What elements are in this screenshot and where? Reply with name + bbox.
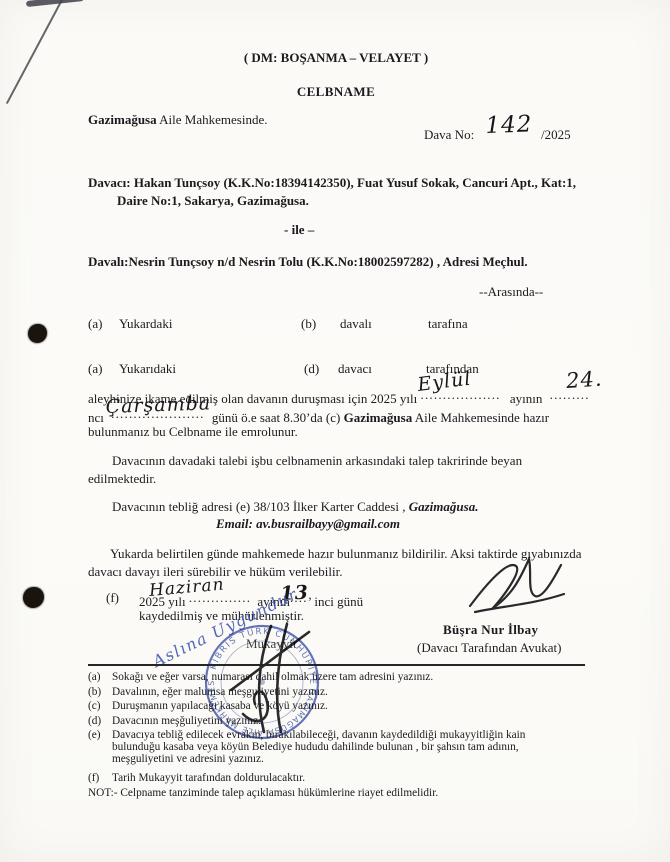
- case-type-heading: ( DM: BOŞANMA – VELAYET ): [88, 50, 584, 66]
- form-row-value: Yukarıdaki: [119, 361, 176, 377]
- record-text-post: ’ inci günü: [308, 594, 363, 609]
- footnote-text-line: Davacıya tebliğ edilecek evrakın, bırakı…: [112, 729, 525, 741]
- case-number-year: /2025: [541, 127, 571, 143]
- form-row-value: davacı: [338, 361, 372, 377]
- form-row-label: (a): [88, 316, 102, 332]
- claim-paragraph: edilmektedir.: [88, 471, 156, 487]
- service-address-text: Davacının tebliğ adresi (e) 38/103 İlker…: [112, 499, 409, 514]
- footnote-text: Sokağı ve eğer varsa, numarası dahil olm…: [112, 671, 433, 683]
- footnote-note: NOT:- Celpname tanziminde talep açıklama…: [88, 787, 438, 799]
- form-row-value: Yukardaki: [119, 316, 172, 332]
- punch-hole: [28, 324, 47, 343]
- footnote-row: (f) Tarih Mukayyit tarafından doldurulac…: [88, 772, 585, 784]
- corner-fold-line: [5, 0, 63, 104]
- claim-paragraph: Davacının davadaki talebi işbu celbnamen…: [112, 453, 522, 469]
- footnote-text: Duruşmanın yapılacağı kasaba ve köyü yaz…: [112, 700, 328, 712]
- service-address-city: Gazimağusa.: [409, 499, 479, 514]
- footnote-divider: [88, 664, 585, 666]
- document-title: CELBNAME: [88, 84, 584, 100]
- attorney-name: Büşra Nur İlbay: [443, 622, 538, 638]
- footnote-row: (b) Davalının, eğer malumsa meşguliyetin…: [88, 686, 585, 698]
- form-row-label: (b): [301, 316, 316, 332]
- case-number-value: 142: [485, 111, 533, 139]
- footnote-label: (e): [88, 729, 112, 741]
- parties-separator: - ile –: [284, 222, 314, 238]
- case-number-label: Dava No:: [424, 127, 474, 143]
- summons-text: ncı: [88, 410, 104, 425]
- plaintiff-line: Daire No:1, Sakarya, Gazimağusa.: [117, 193, 309, 209]
- court-name-rest: Aile Mahkemesinde.: [157, 112, 268, 127]
- form-row-label: (a): [88, 361, 102, 377]
- form-row-label: (d): [304, 361, 319, 377]
- summons-text: ayının: [510, 391, 543, 406]
- footnote-text: Tarih Mukayyit tarafından doldurulacaktı…: [112, 772, 305, 784]
- form-row-value: davalı: [340, 316, 372, 332]
- handwritten-day: 24.: [565, 367, 603, 393]
- handwritten-weekday: Çarşamba: [105, 392, 211, 418]
- footnote-label: (c): [88, 700, 112, 712]
- defendant-line: Davalı:Nesrin Tunçsoy n/d Nesrin Tolu (K…: [88, 254, 528, 270]
- footnote-label: (f): [88, 772, 112, 784]
- footnote-row: (d) Davacının meşğuliyetini yazınız.: [88, 715, 585, 727]
- footnote-row: (e) Davacıya tebliğ edilecek evrakın, bı…: [88, 729, 585, 765]
- footnote-text: Davalının, eğer malumsa meşguliyetini ya…: [112, 686, 328, 698]
- form-row-value: tarafına: [428, 316, 468, 332]
- footnote-text-line: meşguliyetini ve adresini yazınız.: [112, 753, 525, 765]
- email-line: Email: av.busrailbayy@gmail.com: [88, 516, 528, 532]
- plaintiff-line: Davacı: Hakan Tunçsoy (K.K.No:1839414235…: [88, 175, 576, 191]
- footnote-text-line: bulunduğu kasaba veya köyün Belediye hud…: [112, 741, 525, 753]
- court-name-city: Gazimağusa: [88, 112, 157, 127]
- summons-line-3: bulunmanız bu Celbname ile emrolunur.: [88, 424, 298, 440]
- footnote-text: Davacıya tebliğ edilecek evrakın, bırakı…: [112, 729, 525, 765]
- between-label: --Arasında--: [479, 284, 543, 300]
- summons-text: günü ö.e saat 8.30’da (c): [212, 410, 344, 425]
- service-address: Davacının tebliğ adresi (e) 38/103 İlker…: [112, 499, 478, 515]
- footnote-label: (a): [88, 671, 112, 683]
- scan-smudge: [26, 0, 84, 7]
- footnote-row: (a) Sokağı ve eğer varsa, numarası dahil…: [88, 671, 585, 683]
- footnote-text: Davacının meşğuliyetini yazınız.: [112, 715, 261, 727]
- footnote-label: (d): [88, 715, 112, 727]
- punch-hole: [23, 587, 44, 608]
- attorney-role: (Davacı Tarafından Avukat): [417, 640, 561, 656]
- scanned-summons-document: ( DM: BOŞANMA – VELAYET ) CELBNAME Gazim…: [0, 0, 670, 862]
- summons-text: Aile Mahkemesinde hazır: [412, 410, 549, 425]
- footnote-label: (b): [88, 686, 112, 698]
- record-label: (f): [106, 590, 119, 606]
- summons-court-city: Gazimağusa: [344, 410, 413, 425]
- attorney-signature: [462, 552, 574, 620]
- court-name: Gazimağusa Aile Mahkemesinde.: [88, 112, 267, 128]
- footnote-row: (c) Duruşmanın yapılacağı kasaba ve köyü…: [88, 700, 585, 712]
